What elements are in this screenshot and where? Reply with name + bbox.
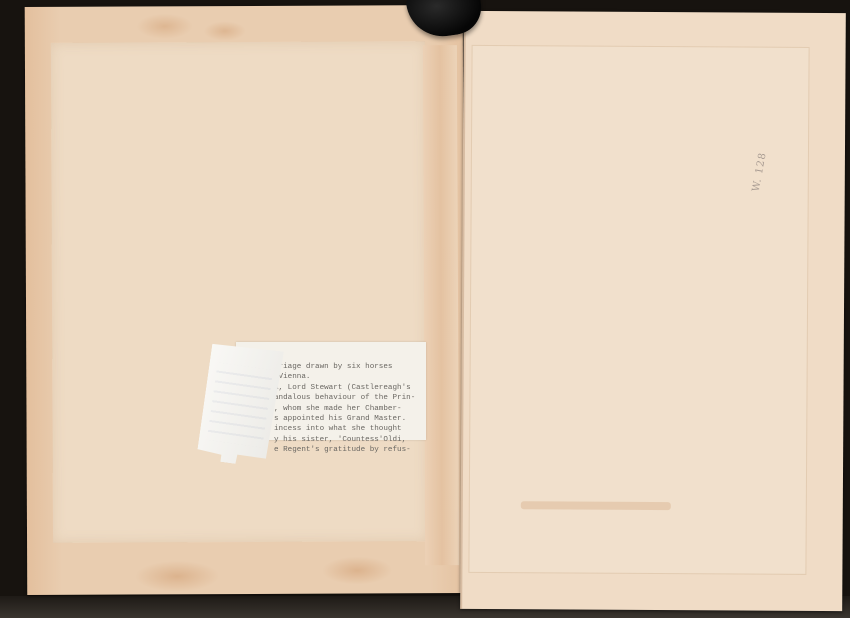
label-line: y his sister, 'Countess'Oldi,: [274, 436, 406, 444]
label-line: , whom she made her Chamber-: [274, 405, 402, 413]
label-line: s appointed his Grand Master.: [274, 415, 406, 423]
right-print-sheet: W. 128: [460, 11, 846, 611]
left-mount-panel: [51, 41, 427, 543]
label-line: a, Lord Stewart (Castlereagh's: [274, 384, 411, 392]
label-text: rriage drawn by six horses Vienna. a, Lo…: [274, 362, 426, 456]
label-line: incess into what she thought: [274, 425, 402, 433]
hinge-strip: [423, 45, 459, 565]
show-through-title: [521, 501, 671, 510]
left-print-sheet: [25, 5, 466, 595]
label-line: andalous behaviour of the Prin-: [274, 394, 415, 402]
label-line: e Regent's gratitude by refus-: [274, 446, 411, 454]
show-through-writing: [207, 362, 273, 447]
label-line: rriage drawn by six horses: [274, 363, 392, 371]
right-mount-panel: [468, 45, 809, 575]
